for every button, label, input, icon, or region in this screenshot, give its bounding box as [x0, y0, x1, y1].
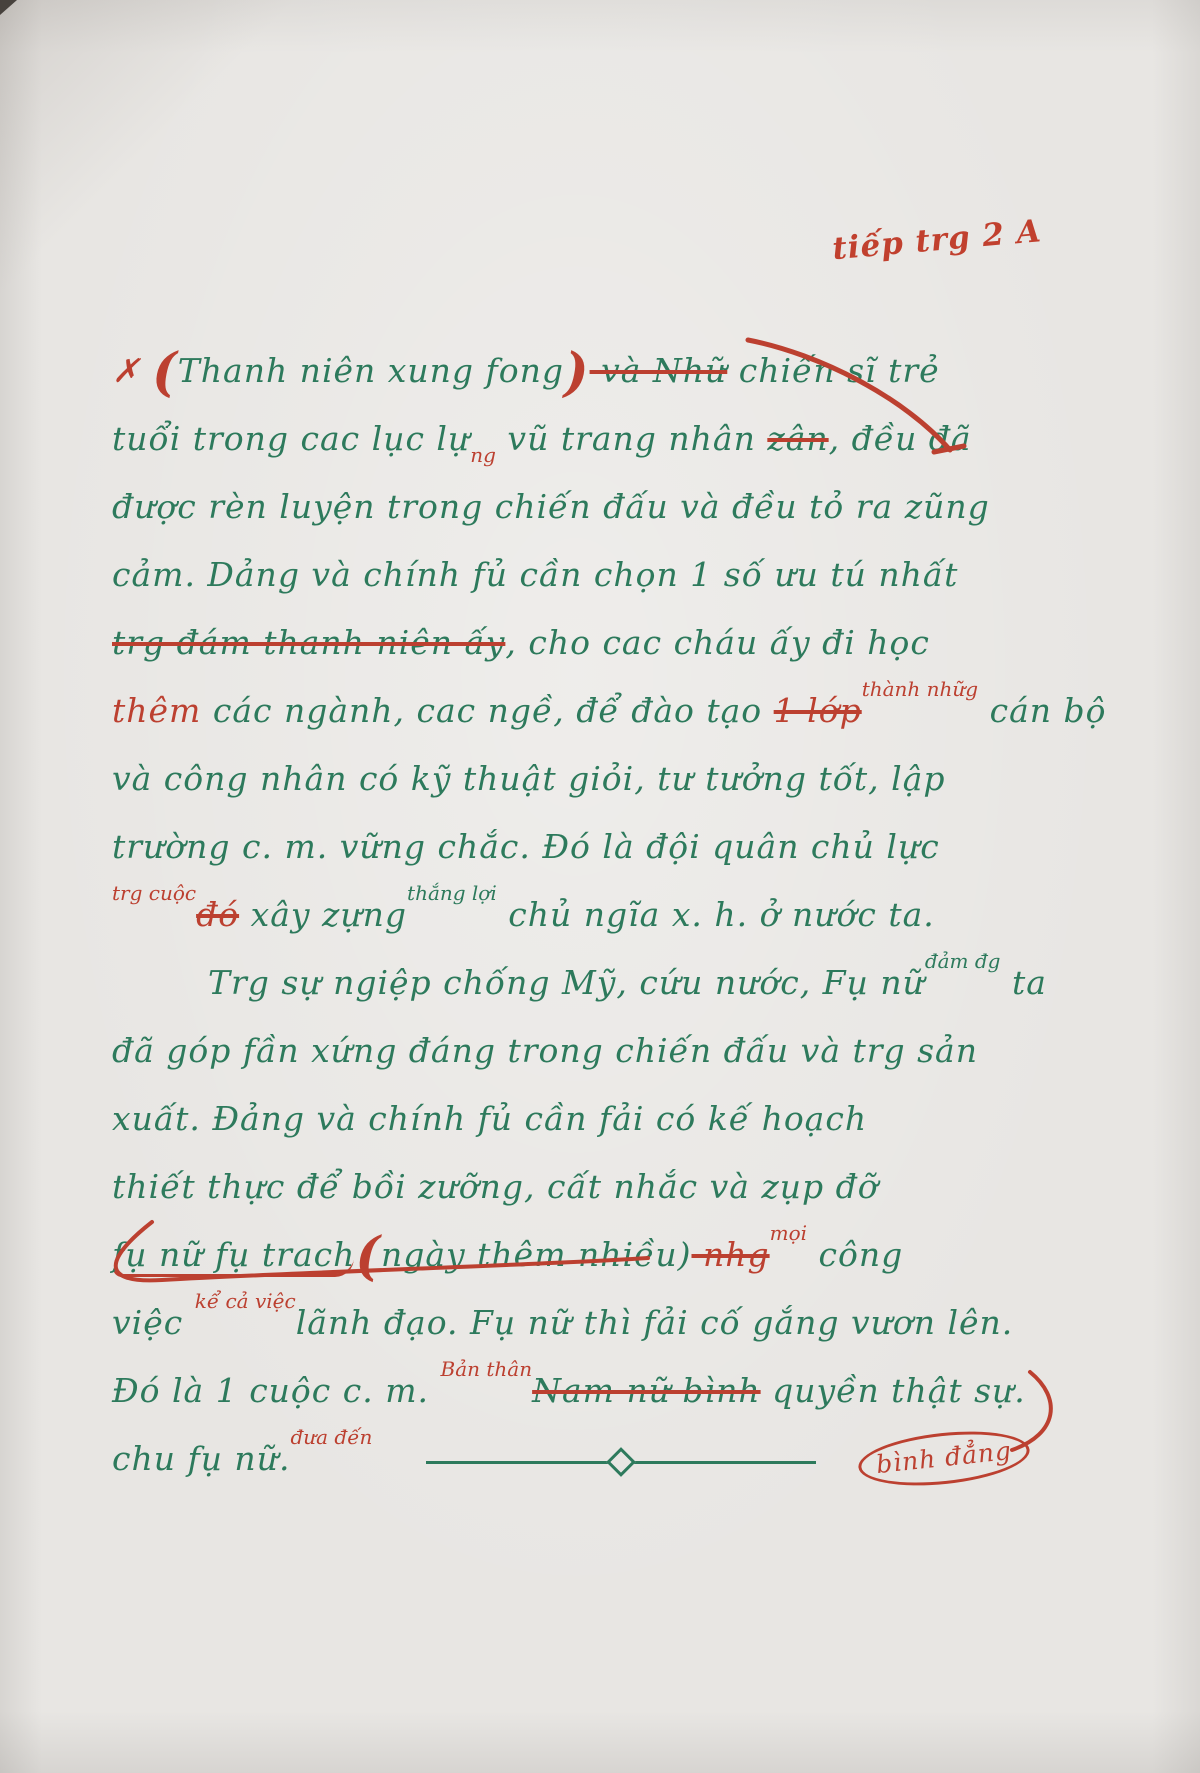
green-ink-segment: Thanh niên xung fong — [178, 351, 564, 390]
red-ink-segment: mọi — [770, 1221, 807, 1245]
green-ink-segment: chu fụ nữ. — [112, 1439, 290, 1478]
green-ink-segment: chiến sĩ trẻ — [727, 351, 939, 390]
green-ink-segment: , cho cac cháu ấy đi học — [505, 623, 929, 662]
red-ink-segment: ng — [470, 443, 496, 467]
text-line-5: trg đám thanh niên ấy, cho cac cháu ấy đ… — [112, 608, 996, 676]
text-line-2: tuổi trong cac lục lựng vũ trang nhân zâ… — [112, 404, 996, 472]
text-line-10: Trg sự ngiệp chống Mỹ, cứu nước, Fụ nữđả… — [112, 948, 996, 1016]
text-line-9: trg cuộcđó xây zựngthắng lợi chủ ngĩa x.… — [112, 880, 996, 948]
green-ink-segment: Trg sự ngiệp chống Mỹ, cứu nước, Fụ nữ — [208, 963, 925, 1002]
manuscript-text-block: ✗ (Thanh niên xung fong) và Nhữ chiến sĩ… — [112, 336, 996, 1492]
green-ink-segment: đã góp fần xứng đáng trong chiến đấu và … — [112, 1031, 978, 1070]
green-ink-segment: fụ nữ fụ trach — [112, 1235, 355, 1274]
manuscript-photo: { "page": { "header_note": "tiếp trg 2 A… — [0, 0, 1200, 1773]
green-ink-segment: các ngành, cac ngề, để đào tạo — [201, 691, 773, 730]
green-ink-segment: việc — [112, 1303, 195, 1342]
red-ink-segment: thêm — [112, 691, 201, 730]
red-ink-segment: 1 lớp — [774, 691, 862, 730]
green-ink-segment: tuổi trong cac lục lự — [112, 419, 470, 458]
page-corner-shadow — [0, 0, 17, 15]
green-ink-segment: chủ ngĩa x. h. ở nước ta. — [497, 895, 935, 934]
red-ink-segment: đó — [196, 895, 239, 934]
text-line-7: và công nhân có kỹ thuật giỏi, tư tưởng … — [112, 744, 996, 812]
text-line-13: thiết thực để bồi zưỡng, cất nhắc và zụp… — [112, 1152, 996, 1220]
green-ink-segment: , đều đã — [829, 419, 972, 458]
green-ink-segment: vũ trang nhân — [496, 419, 767, 458]
text-line-3: được rèn luyện trong chiến đấu và đều tỏ… — [112, 472, 996, 540]
red-ink-segment: nhg — [691, 1235, 769, 1274]
red-ink-segment: thành nhữg — [862, 677, 978, 701]
red-ink-segment: Bản thân — [441, 1357, 533, 1381]
text-line-16: Đó là 1 cuộc c. m. Bản thânNam nữ bình q… — [112, 1356, 996, 1424]
red-ink-segment: trg cuộc — [112, 881, 196, 905]
red-ink-segment: ( — [355, 1226, 381, 1287]
green-ink-segment: thắng lợi — [407, 881, 497, 905]
green-ink-segment: công — [807, 1235, 903, 1274]
text-line-6: thêm các ngành, cac ngề, để đào tạo 1 lớ… — [112, 676, 996, 744]
green-ink-segment: lãnh đạo. — [296, 1303, 470, 1342]
green-ink-segment: xuất. Đảng và chính fủ cần fải có kế hoạ… — [112, 1099, 867, 1138]
green-ink-segment: và công nhân có kỹ thuật giỏi, tư tưởng … — [112, 759, 946, 798]
section-divider — [426, 1461, 816, 1464]
green-ink-segment: ta — [1000, 963, 1046, 1002]
text-line-17: chu fụ nữ.đưa đếnbình đẳng — [112, 1424, 996, 1492]
text-line-8: trường c. m. vững chắc. Đó là đội quân c… — [112, 812, 996, 880]
green-ink-segment: cảm. Dảng và chính fủ cần chọn 1 số ưu t… — [112, 555, 958, 594]
text-line-1: ✗ (Thanh niên xung fong) và Nhữ chiến sĩ… — [112, 336, 996, 404]
green-ink-segment: xây zựng — [239, 895, 407, 934]
green-ink-segment: Fụ nữ thì fải cố gắng vươn lên. — [470, 1303, 1013, 1342]
red-ink-segment: ( — [152, 342, 178, 403]
red-ink-segment: kể cả việc — [195, 1289, 296, 1313]
green-ink-segment: quyền thật sự. — [761, 1371, 1026, 1410]
green-ink-segment: thiết thực để bồi zưỡng, cất nhắc và zụp… — [112, 1167, 879, 1206]
text-line-4: cảm. Dảng và chính fủ cần chọn 1 số ưu t… — [112, 540, 996, 608]
text-line-14: fụ nữ fụ trach(ngày thêm nhiều) nhgmọi c… — [112, 1220, 996, 1288]
green-ink-segment: zân — [767, 419, 828, 458]
red-ink-segment: ✗ — [112, 351, 152, 390]
text-line-11: đã góp fần xứng đáng trong chiến đấu và … — [112, 1016, 996, 1084]
green-ink-segment: trường c. m. vững chắc. Đó là đội quân c… — [112, 827, 940, 866]
divider-diamond-icon — [607, 1447, 637, 1477]
green-ink-segment: trg đám thanh niên ấy — [112, 623, 505, 662]
green-ink-segment: được rèn luyện trong chiến đấu và đều tỏ… — [112, 487, 990, 526]
text-line-12: xuất. Đảng và chính fủ cần fải có kế hoạ… — [112, 1084, 996, 1152]
red-ink-segment: ) — [564, 342, 590, 403]
green-ink-segment: Nam nữ bình — [532, 1371, 761, 1410]
green-ink-segment: cán bộ — [978, 691, 1106, 730]
green-ink-segment: đảm đg — [925, 949, 1001, 973]
red-ink-segment: đưa đến — [290, 1425, 372, 1449]
text-line-15: việc kể cả việclãnh đạo. Fụ nữ thì fải c… — [112, 1288, 996, 1356]
green-ink-segment: ngày thêm nhiều) — [381, 1235, 692, 1274]
green-ink-segment: Đó là 1 cuộc c. m. — [112, 1371, 441, 1410]
green-ink-segment: và Nhữ — [590, 351, 728, 390]
